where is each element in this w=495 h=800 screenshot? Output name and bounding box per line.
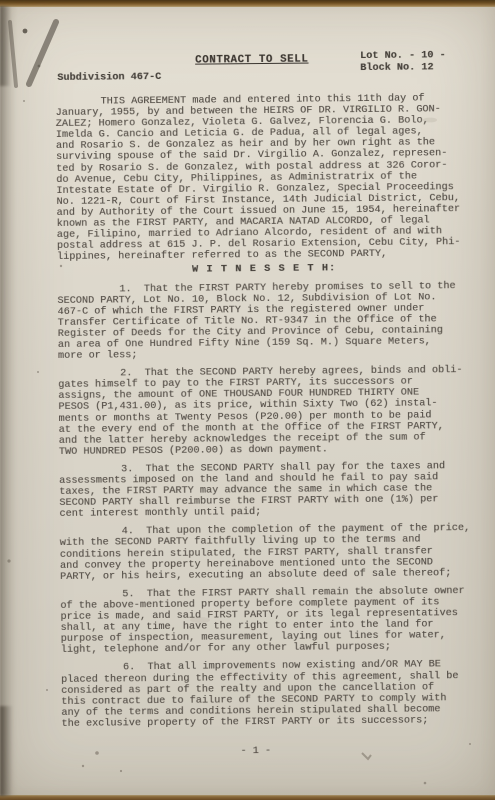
clause-paragraph-4: 4. That upon the completion of the payme…: [60, 523, 475, 582]
clause-paragraph-6: 6. That all improvements now existing an…: [61, 659, 476, 730]
intro-paragraph: THIS AGREEMENT made and entered into thi…: [55, 93, 471, 263]
page-title: CONTRACT TO SELL: [195, 55, 308, 67]
block-number: Block No. 12: [360, 62, 446, 75]
scanned-page: Subdivision 467-C CONTRACT TO SELL Lot N…: [0, 0, 495, 800]
page-number: - 1 -: [62, 744, 476, 759]
lot-number: Lot No. - 10 -: [360, 50, 446, 63]
subdivision-label: Subdivision 467-C: [57, 72, 161, 84]
lot-block-info: Lot No. - 10 - Block No. 12: [360, 50, 446, 75]
scan-edge-top: [0, 0, 495, 7]
document-content: Subdivision 467-C CONTRACT TO SELL Lot N…: [55, 46, 476, 759]
document-header: Subdivision 467-C CONTRACT TO SELL Lot N…: [55, 46, 469, 88]
clause-paragraph-2: 2. That the SECOND PARTY hereby agrees, …: [58, 365, 473, 458]
clause-paragraph-5: 5. That the FIRST PARTY shall remain the…: [60, 586, 475, 657]
page-left-shadow: [0, 6, 17, 796]
witnesseth-heading: W I T N E S S E T H:: [57, 262, 471, 277]
scan-edge-bottom: [0, 795, 495, 800]
clause-paragraph-1: 1. That the FIRST PARTY hereby promises …: [57, 281, 472, 363]
clause-paragraph-3: 3. That the SECOND PARTY shall pay for t…: [59, 461, 474, 520]
